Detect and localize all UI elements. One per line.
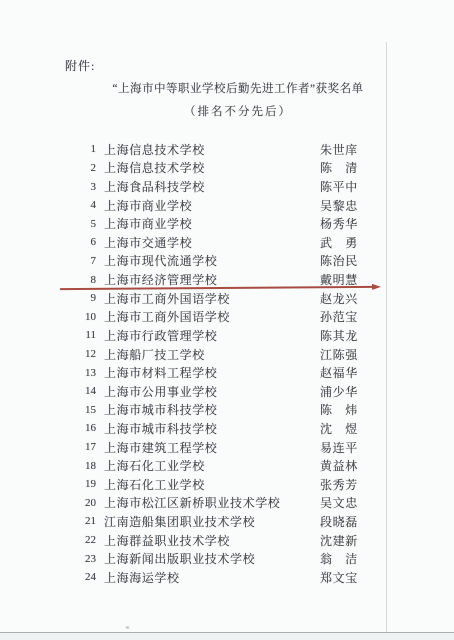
awardee-name: 孙范宝 [320, 308, 424, 325]
awardee-name: 浦少华 [320, 383, 424, 400]
school-name: 上海市材料工程学校 [98, 364, 320, 381]
awardee-name: 翁 洁 [320, 550, 424, 567]
school-name: 上海市工商外国语学校 [98, 290, 320, 307]
entry-number: 19 [64, 478, 98, 490]
table-row: 21 江南造船集团职业技术学校 段晓磊 [64, 512, 424, 531]
entry-number: 18 [64, 460, 98, 472]
table-row: 9 上海市工商外国语学校 赵龙兴 [64, 289, 424, 308]
entry-number: 24 [64, 571, 98, 583]
entry-number: 10 [64, 311, 98, 323]
table-row: 5 上海市商业学校 杨秀华 [64, 214, 424, 233]
table-row: 18 上海石化工业学校 黄益林 [64, 456, 424, 475]
table-row: 16 上海市城市科技学校 沈 煜 [64, 419, 424, 438]
awardee-name: 沈建新 [320, 532, 424, 549]
document-title: “上海市中等职业学校后勤先进工作者”获奖名单 [22, 80, 454, 96]
awardee-name: 朱世庠 [320, 141, 424, 158]
awardee-name: 赵福华 [320, 364, 424, 381]
school-name: 江南造船集团职业技术学校 [98, 513, 320, 530]
awardee-name: 武 勇 [320, 234, 424, 251]
award-list: 1 上海信息技术学校 朱世庠 2 上海信息技术学校 陈 清 3 上海食品科技学校… [64, 140, 424, 587]
entry-number: 1 [64, 143, 98, 155]
entry-number: 21 [64, 515, 98, 527]
entry-number: 6 [64, 236, 98, 248]
school-name: 上海海运学校 [98, 569, 320, 586]
school-name: 上海市工商外国语学校 [98, 308, 320, 325]
entry-number: 13 [64, 367, 98, 379]
entry-number: 4 [64, 199, 98, 211]
awardee-name: 沈 煜 [320, 420, 424, 437]
awardee-name: 吴文忠 [320, 494, 424, 511]
school-name: 上海市公用事业学校 [98, 383, 320, 400]
table-row: 24 上海海运学校 郑文宝 [64, 568, 424, 587]
entry-number: 8 [64, 274, 98, 286]
awardee-name: 黄益林 [320, 457, 424, 474]
school-name: 上海市松江区新桥职业技术学校 [98, 494, 320, 511]
school-name: 上海信息技术学校 [98, 159, 320, 176]
school-name: 上海市商业学校 [98, 215, 320, 232]
scan-speck [124, 626, 131, 629]
school-name: 上海市商业学校 [98, 197, 320, 214]
table-row: 20 上海市松江区新桥职业技术学校 吴文忠 [64, 494, 424, 513]
awardee-name: 段晓磊 [320, 513, 424, 530]
awardee-name: 杨秀华 [320, 215, 424, 232]
scanned-page: 附件: “上海市中等职业学校后勤先进工作者”获奖名单 （排名不分先后） 1 上海… [0, 0, 454, 640]
school-name: 上海船厂技工学校 [98, 346, 320, 363]
school-name: 上海新闻出版职业技术学校 [98, 550, 320, 567]
table-row: 10 上海市工商外国语学校 孙范宝 [64, 307, 424, 326]
school-name: 上海市城市科技学校 [98, 401, 320, 418]
entry-number: 12 [64, 348, 98, 360]
awardee-name: 陈其龙 [320, 327, 424, 344]
awardee-name: 陈治民 [320, 252, 424, 269]
awardee-name: 吴黎忠 [320, 197, 424, 214]
table-row: 8 上海市经济管理学校 戴明慧 [64, 270, 424, 289]
awardee-name: 陈 清 [320, 159, 424, 176]
entry-number: 17 [64, 441, 98, 453]
table-row: 12 上海船厂技工学校 江陈强 [64, 345, 424, 364]
awardee-name: 陈 炜 [320, 401, 424, 418]
school-name: 上海石化工业学校 [98, 476, 320, 493]
table-row: 3 上海食品科技学校 陈平中 [64, 177, 424, 196]
entry-number: 2 [64, 162, 98, 174]
school-name: 上海市行政管理学校 [98, 327, 320, 344]
entry-number: 20 [64, 497, 98, 509]
table-row: 15 上海市城市科技学校 陈 炜 [64, 401, 424, 420]
awardee-name: 江陈强 [320, 346, 424, 363]
school-name: 上海市交通学校 [98, 234, 320, 251]
entry-number: 22 [64, 534, 98, 546]
entry-number: 7 [64, 255, 98, 267]
school-name: 上海石化工业学校 [98, 457, 320, 474]
table-row: 2 上海信息技术学校 陈 清 [64, 159, 424, 178]
entry-number: 16 [64, 422, 98, 434]
awardee-name: 赵龙兴 [320, 290, 424, 307]
school-name: 上海市现代流通学校 [98, 252, 320, 269]
table-row: 19 上海石化工业学校 张秀芳 [64, 475, 424, 494]
school-name: 上海食品科技学校 [98, 178, 320, 195]
entry-number: 11 [64, 329, 98, 341]
page-edge-vertical-line [386, 42, 387, 633]
entry-number: 23 [64, 553, 98, 565]
school-name: 上海群益职业技术学校 [98, 532, 320, 549]
table-row: 17 上海市建筑工程学校 易连平 [64, 438, 424, 457]
entry-number: 14 [64, 385, 98, 397]
awardee-name: 张秀芳 [320, 476, 424, 493]
attachment-label: 附件: [65, 57, 95, 74]
entry-number: 3 [64, 181, 98, 193]
table-row: 22 上海群益职业技术学校 沈建新 [64, 531, 424, 550]
awardee-name: 易连平 [320, 439, 424, 456]
table-row: 14 上海市公用事业学校 浦少华 [64, 382, 424, 401]
document-subtitle: （排名不分先后） [22, 103, 454, 119]
table-row: 4 上海市商业学校 吴黎忠 [64, 196, 424, 215]
table-row: 1 上海信息技术学校 朱世庠 [64, 140, 424, 159]
school-name: 上海信息技术学校 [98, 141, 320, 158]
page-bottom-shadow [0, 633, 454, 640]
entry-number: 15 [64, 404, 98, 416]
awardee-name: 郑文宝 [320, 569, 424, 586]
entry-number: 9 [64, 292, 98, 304]
table-row: 11 上海市行政管理学校 陈其龙 [64, 326, 424, 345]
table-row: 6 上海市交通学校 武 勇 [64, 233, 424, 252]
entry-number: 5 [64, 218, 98, 230]
awardee-name: 陈平中 [320, 178, 424, 195]
table-row: 23 上海新闻出版职业技术学校 翁 洁 [64, 549, 424, 568]
school-name: 上海市城市科技学校 [98, 420, 320, 437]
table-row: 7 上海市现代流通学校 陈治民 [64, 252, 424, 271]
school-name: 上海市建筑工程学校 [98, 439, 320, 456]
table-row: 13 上海市材料工程学校 赵福华 [64, 363, 424, 382]
